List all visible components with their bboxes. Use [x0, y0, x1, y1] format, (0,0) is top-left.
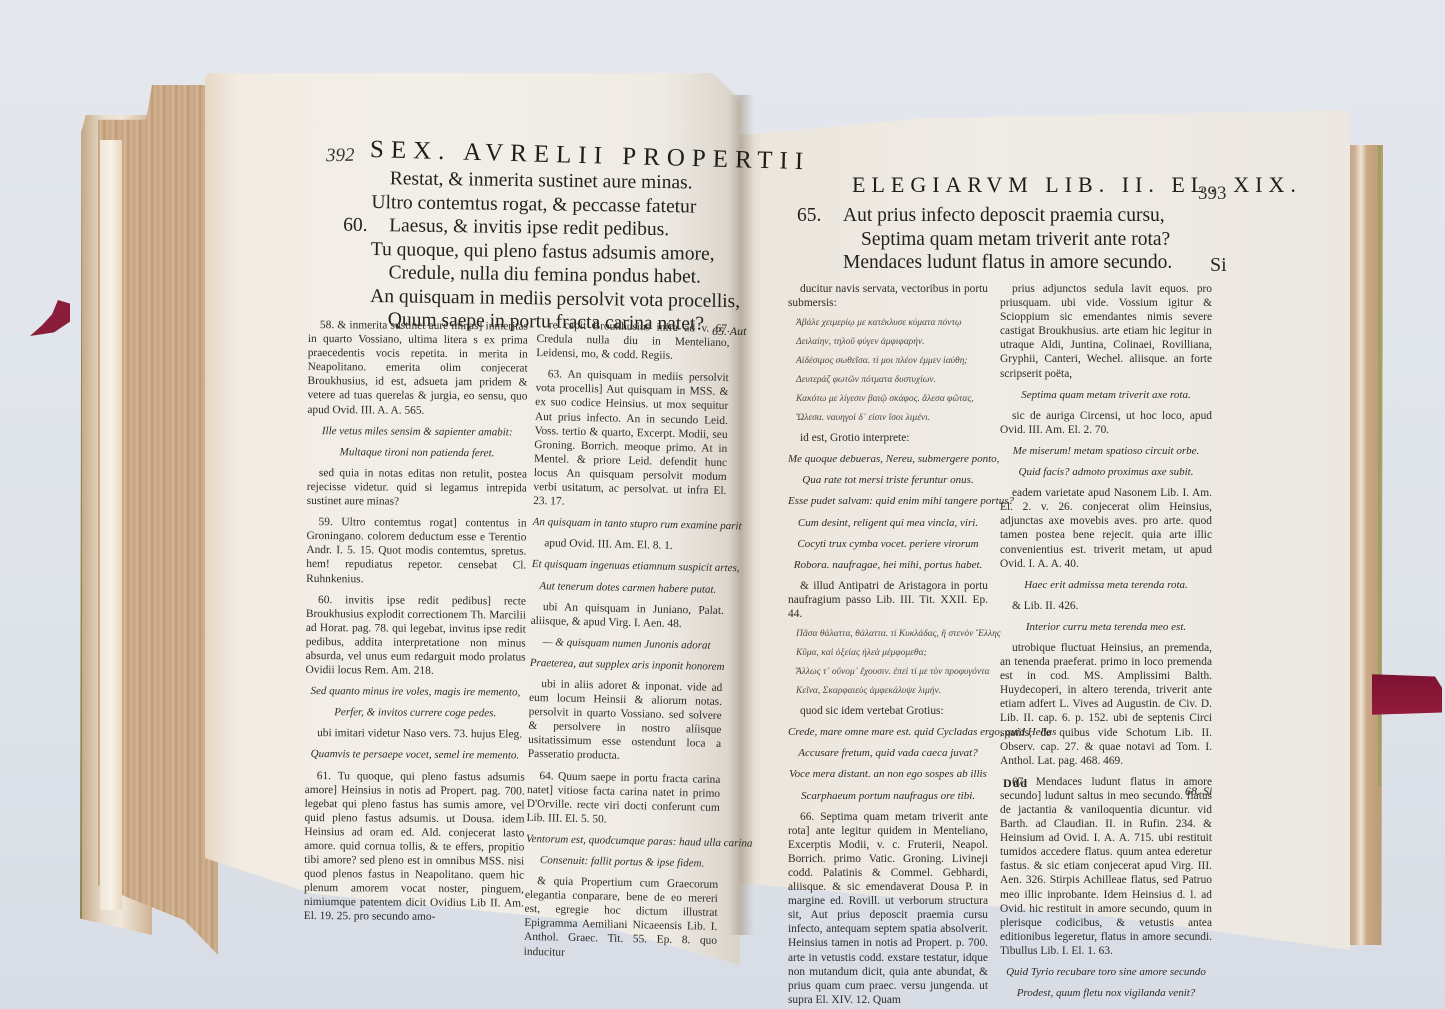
commentary-paragraph: id est, Grotio interprete: — [788, 431, 988, 445]
quoted-verse: Cocyti trux cymba vocet. periere virorum — [788, 537, 988, 551]
quoted-verse: Quid facis? admoto proximus axe subit. — [1000, 465, 1212, 479]
quoted-verse: An quisquam in tanto stupro rum examine … — [533, 515, 726, 533]
quoted-verse: Multaque tironi non patienda feret. — [307, 445, 527, 461]
running-head-right: ELEGIARVM LIB. II. EL. XIX. — [852, 172, 1302, 198]
commentary-paragraph: & illud Antipatri de Aristagora in portu… — [788, 579, 988, 621]
quoted-verse: Quamvis te persaepe vocet, semel ire mem… — [305, 747, 525, 763]
verse-text: Ultro contemtus rogat, & peccasse fatetu… — [371, 191, 696, 217]
commentary-paragraph: 61. Tu quoque, qui pleno fastus adsumis … — [304, 769, 525, 926]
greek-epigram-line: Κῦμα, καὶ ὀξείας ἠλεὰ μέμφομεθα; — [796, 647, 988, 659]
quoted-verse: Me miserum! metam spatioso circuit orbe. — [1000, 444, 1212, 458]
commentary-paragraph: 63. An quisquam in mediis persolvit vota… — [533, 367, 729, 512]
commentary-paragraph: ubi An quisquam in Juniano, Palat. aliis… — [531, 600, 725, 632]
quoted-verse: Sed quanto minus ire voles, magis ire me… — [305, 684, 525, 700]
commentary-column-right-1: ducitur navis servata, vectoribus in por… — [788, 282, 988, 1009]
quoted-verse: Consenuit: fallit portus & ipse fidem. — [526, 853, 719, 871]
commentary-paragraph: & Lib. II. 426. — [1000, 599, 1212, 613]
greek-epigram-line: Αἰδέσιμος σωθεῖσα. τί μοι πλέον ἐμμεν ἰα… — [796, 355, 988, 367]
commentary-paragraph: 66. Septima quam metam triverit ante rot… — [788, 810, 988, 1007]
commentary-paragraph: eadem varietate apud Nasonem Lib. I. Am.… — [1000, 486, 1212, 571]
commentary-paragraph: sic de auriga Circensi, ut hoc loco, apu… — [1000, 409, 1212, 437]
verse-text: Mendaces ludunt flatus in amore secundo. — [843, 252, 1172, 273]
quoted-verse: Ille vetus miles sensim & sapienter amab… — [307, 424, 527, 440]
quoted-verse: Cum desint, religent qui mea vincla, vir… — [788, 516, 988, 530]
greek-epigram-line: Δευτεράζ φωτῶν πότματα δυστυχίων. — [796, 374, 988, 386]
commentary-paragraph: sed quia in notas editas non retulit, po… — [307, 466, 527, 510]
verse-line: 65.Aut prius infecto deposcit praemia cu… — [843, 204, 1172, 228]
quoted-verse: Haec erit admissa meta terenda rota. — [1000, 578, 1212, 592]
commentary-paragraph: 59. Ultro contemtus rogat] contentus in … — [306, 515, 526, 587]
quoted-verse: Et quisquam ingenuas etiamnum suspicit a… — [532, 557, 725, 575]
quoted-verse: Praeterea, aut supplex aris inponit hono… — [530, 656, 723, 674]
quoted-verse: Crede, mare omne mare est. quid Cycladas… — [788, 725, 988, 739]
commentary-paragraph: & quia Propertium cum Graecorum eleganti… — [524, 874, 719, 963]
quoted-verse: Interior curru meta terenda meo est. — [1000, 620, 1212, 634]
verse-text: Restat, & inmerita sustinet aure minas. — [390, 168, 693, 193]
ribbon-bookmark-left[interactable] — [30, 300, 70, 336]
greek-epigram-line: Κακότω με λίγεσιν βαιῷ σκάφος. ἄλεσα φῶτ… — [796, 393, 988, 405]
quoted-verse: Aut tenerum dotes carmen habere putat. — [531, 578, 724, 596]
page-number-left: 392 — [326, 145, 355, 167]
commentary-paragraph: 58. & inmerita sustinet aure minas] inme… — [307, 318, 528, 418]
commentary-paragraph: 67. Mendaces ludunt flatus in amore secu… — [1000, 775, 1212, 958]
greek-epigram-line: Δειλαίην, τηλοῦ φύγεν ἀμφιφαρήν. — [796, 336, 988, 348]
commentary-column-left-1: 58. & inmerita sustinet aure minas] inme… — [304, 318, 528, 932]
page-number-right: 393 — [1198, 183, 1227, 205]
commentary-paragraph: 64. Quum saepe in portu fracta carina na… — [526, 768, 720, 828]
commentary-paragraph: prius adjunctos sedula lavit equos. pro … — [1000, 282, 1212, 381]
verse-block-right: 65.Aut prius infecto deposcit praemia cu… — [843, 204, 1172, 275]
quoted-verse: Prodest, quum fletu nox vigilanda venit? — [1000, 986, 1212, 1000]
quoted-verse: Scarphaeum portum naufragus ore tibi. — [788, 789, 988, 803]
quoted-verse: Perfer, & invitos currere coge pedes. — [305, 705, 525, 721]
ribbon-bookmark-right[interactable] — [1372, 672, 1442, 717]
quoted-verse: Qua rate tot mersi triste feruntur onus. — [788, 473, 988, 487]
verse-block-left: Restat, & inmerita sustinet aure minas.U… — [370, 167, 742, 337]
greek-epigram-line: Πᾶσα θάλαττα, θάλαττα. τί Κυκλάδας, ἢ στ… — [796, 628, 988, 640]
quoted-verse: Septima quam metam triverit axe rota. — [1000, 388, 1212, 402]
commentary-paragraph: quod sic idem vertebat Grotius: — [788, 704, 988, 718]
verse-text: Tu quoque, qui pleno fastus adsumis amor… — [371, 238, 715, 264]
commentary-column-right-2: prius adjunctos sedula lavit equos. pro … — [1000, 282, 1212, 1007]
verse-text: An quisquam in mediis persolvit vota pro… — [370, 285, 740, 311]
verse-text: Septima quam metam triverit ante rota? — [861, 229, 1170, 250]
commentary-paragraph: ubi in aliis adoret & inponat. vide ad e… — [528, 677, 723, 766]
greek-epigram-line: Κεῖνα, Σκαρφαιεὺς ἀμφεκάλυψε λιμήν. — [796, 685, 988, 697]
commentary-paragraph: utrobique fluctuat Heinsius, an premenda… — [1000, 641, 1212, 768]
commentary-paragraph: apud Ovid. III. Am. El. 8. 1. — [532, 536, 725, 554]
verse-number: 60. — [343, 214, 368, 238]
verse-line: Mendaces ludunt flatus in amore secundo. — [843, 251, 1172, 275]
commentary-paragraph: ducitur navis servata, vectoribus in por… — [788, 282, 988, 310]
verse-text: Laesus, & invitis ipse redit pedibus. — [389, 215, 669, 240]
commentary-paragraph: re capit Broukhusius infra ad v. 67. Cre… — [536, 318, 730, 364]
verse-line: Septima quam metam triverit ante rota? — [843, 228, 1172, 252]
quoted-verse: Accusare fretum, quid vada caeca juvat? — [788, 746, 988, 760]
catchword-right-bottom: 68. Si — [1185, 784, 1212, 799]
greek-epigram-line: Ὤλεσα. ναυηγοὶ δ᾽ εἰσιν ἴσοι λιμένι. — [796, 412, 988, 424]
quoted-verse: Voce mera distant. an non ego sospes ab … — [788, 767, 988, 781]
commentary-paragraph: 60. invitis ipse redit pedibus] recte Br… — [305, 593, 526, 679]
quoted-verse: Quid Tyrio recubare toro sine amore secu… — [1000, 965, 1212, 979]
verse-text: Aut prius infecto deposcit praemia cursu… — [843, 205, 1165, 226]
quoted-verse: Esse pudet salvam: quid enim mihi tanger… — [788, 494, 988, 508]
commentary-column-left-2: re capit Broukhusius infra ad v. 67. Cre… — [523, 318, 730, 970]
quoted-verse: Me quoque debueras, Nereu, submergere po… — [788, 452, 988, 466]
quoted-verse: Robora. naufragae, hei mihi, portus habe… — [788, 558, 988, 572]
catchword-right-top: Si — [1210, 254, 1227, 277]
quoted-verse: — & quisquam numen Junonis adorat — [530, 635, 723, 653]
signature-mark: Ddd — [1003, 776, 1028, 791]
verse-text: Credule, nulla diu femina pondus habet. — [388, 262, 701, 287]
commentary-paragraph: ubi imitari videtur Naso vers. 73. hujus… — [305, 726, 525, 742]
greek-epigram-line: Ἄλλως τ᾽ οὔνομ᾽ ἔχουσιν. ἐπεὶ τί με τὸν … — [796, 666, 988, 678]
endpaper-edge-left — [100, 140, 122, 910]
greek-epigram-line: Ἀβάλε χειμερίῳ με κατέκλυσε κύματα πόντῳ — [796, 317, 988, 329]
verse-number: 65. — [797, 204, 821, 228]
quoted-verse: Ventorum est, quodcumque paras: haud ull… — [526, 832, 719, 850]
